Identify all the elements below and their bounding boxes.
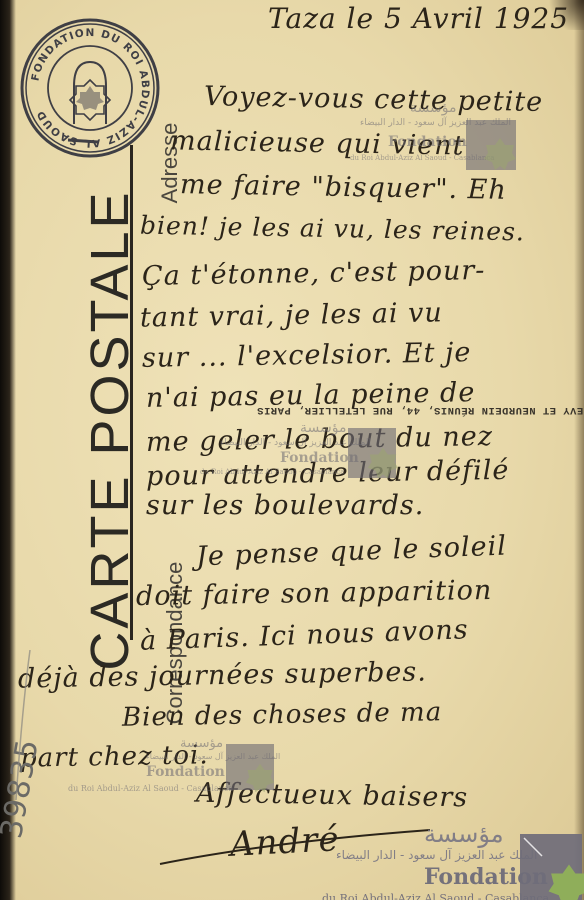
letter-line: tant vrai, je les ai vu: [140, 297, 443, 333]
letter-line: Voyez-vous cette petite: [204, 81, 544, 118]
postcard-heading: CARTE POSTALE: [80, 170, 140, 690]
letter-line: Ça t'étonne, c'est pour-: [142, 255, 486, 292]
watermark-star-icon: [482, 136, 518, 172]
foundation-stamp-icon: FONDATION DU ROI ABDUL-AZIZ AL SAOUD: [18, 16, 162, 160]
letter-line: sur les boulevards.: [146, 490, 424, 521]
letter-line: déjà des journées superbes.: [18, 656, 427, 694]
signature-underline: [150, 820, 440, 870]
watermark-star-icon: [244, 762, 276, 794]
address-label: Adresse: [157, 103, 183, 223]
dateline: Taza le 5 Avril 1925: [268, 2, 569, 35]
pencil-mark: [8, 650, 38, 810]
scan-edge-right: [574, 0, 584, 900]
watermark-star-icon: [546, 862, 584, 900]
letter-line: à Paris. Ici nous avons: [140, 614, 470, 656]
letter-line: me faire "bisquer". Eh: [180, 169, 507, 206]
letter-line: doit faire son apparition: [136, 575, 493, 612]
postcard: FONDATION DU ROI ABDUL-AZIZ AL SAOUD CAR…: [0, 0, 584, 900]
letter-line: sur ... l'excelsior. Et je: [142, 337, 472, 374]
watermark-star-icon: [366, 446, 400, 480]
letter-line: bien! je les ai vu, les reines.: [140, 211, 525, 247]
letter-line: Bien des choses de ma: [122, 697, 443, 733]
letter-line: n'ai pas eu la peine de: [146, 377, 476, 414]
letter-line: Je pense que le soleil: [196, 531, 508, 573]
